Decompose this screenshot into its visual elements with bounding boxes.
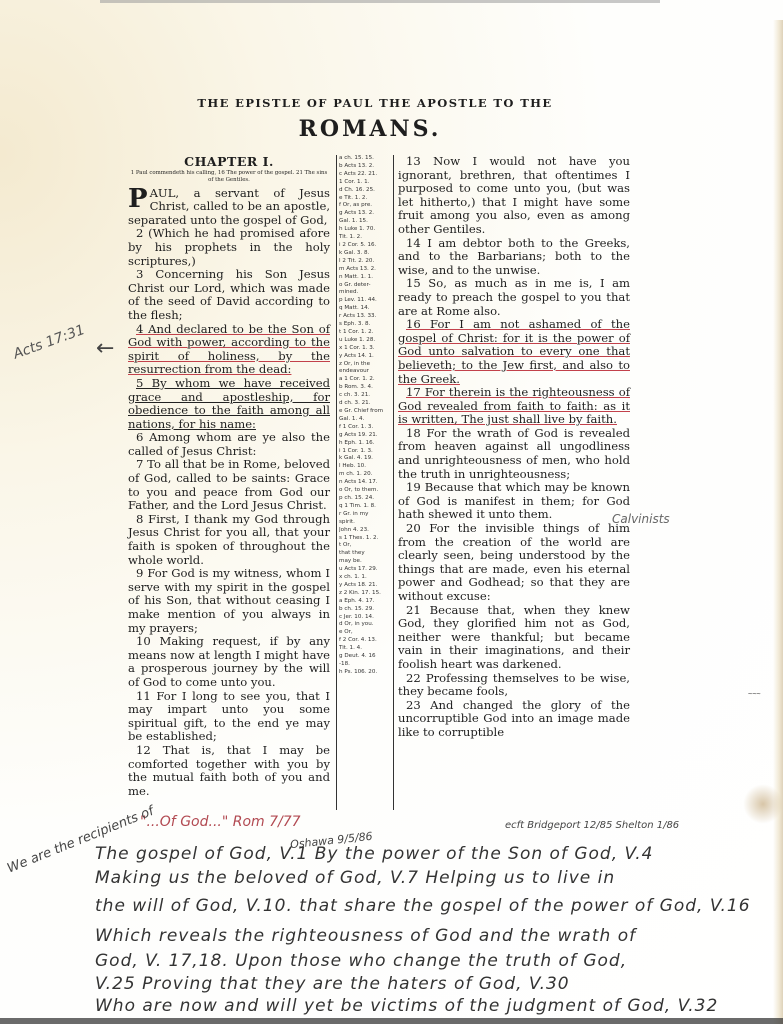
cross-reference: endeavour: [339, 368, 391, 376]
cross-reference: i 1 Cor. 1. 3.: [339, 448, 391, 456]
margin-mark: ~~~: [748, 690, 761, 698]
paper-stain: [743, 784, 783, 824]
verse-6: 6 Among whom are ye also the called of J…: [128, 431, 330, 458]
cross-reference: g Acts 13. 2.: [339, 210, 391, 218]
cross-reference: t Or,: [339, 542, 391, 550]
cross-reference: Tit. 1. 4.: [339, 645, 391, 653]
cross-reference: g Deut. 4. 16: [339, 653, 391, 661]
cross-reference: f 2 Cor. 4. 13.: [339, 637, 391, 645]
chapter-summary: 1 Paul commendeth his calling, 16 The po…: [128, 170, 330, 184]
cross-reference: 1 Cor. 1. 1.: [339, 179, 391, 187]
cross-reference: b ch. 15. 29.: [339, 606, 391, 614]
column-rule-left: [336, 155, 337, 810]
verse-16: 16 For I am not ashamed of the gospel of…: [398, 318, 630, 386]
cross-reference: e Tit. 1. 2.: [339, 195, 391, 203]
handwritten-line-2: Making us the beloved of God, V.7 Helpin…: [95, 868, 615, 888]
cross-reference: f Or, as pre.: [339, 202, 391, 210]
cross-reference: k Gal. 4. 19.: [339, 455, 391, 463]
cross-reference: q Matt. 14.: [339, 305, 391, 313]
cross-reference: c ch. 3. 21.: [339, 392, 391, 400]
cross-reference: Gal. 1. 15.: [339, 218, 391, 226]
cross-reference: z Or, in the: [339, 361, 391, 369]
verse-10: 10 Making request, if by any means now a…: [128, 635, 330, 689]
left-column: CHAPTER I. 1 Paul commendeth his calling…: [128, 155, 330, 798]
book-title: ROMANS.: [270, 116, 470, 142]
verse-2: 2 (Which he had promised afore by his pr…: [128, 227, 330, 268]
column-rule-right: [393, 155, 394, 810]
cross-reference: y Acts 14. 1.: [339, 353, 391, 361]
cross-reference: m ch. 1. 20.: [339, 471, 391, 479]
handwritten-line-3: the will of God, V.10. that share the go…: [95, 896, 751, 916]
verse-15: 15 So, as much as in me is, I am ready t…: [398, 277, 630, 318]
drop-cap: P: [128, 189, 148, 209]
handwritten-line-5: God, V. 17,18. Upon those who change the…: [95, 951, 627, 971]
cross-reference: o Or, to them.: [339, 487, 391, 495]
cross-reference: c Jer. 10. 14.: [339, 614, 391, 622]
verse-8: 8 First, I thank my God through Jesus Ch…: [128, 513, 330, 567]
cross-reference: r Acts 13. 33.: [339, 313, 391, 321]
verse-21: 21 Because that, when they knew God, the…: [398, 604, 630, 672]
cross-reference: -18.: [339, 661, 391, 669]
cross-reference-column: a ch. 15. 15.b Acts 13. 2.c Acts 22. 21.…: [339, 155, 391, 677]
verse-18: 18 For the wrath of God is revealed from…: [398, 427, 630, 481]
verse-14: 14 I am debtor both to the Greeks, and t…: [398, 237, 630, 278]
cross-reference: Gal. 1. 4.: [339, 416, 391, 424]
cross-reference: b Acts 13. 2.: [339, 163, 391, 171]
page-bottom-edge: [0, 1018, 783, 1024]
cross-reference: m Acts 13. 2.: [339, 266, 391, 274]
cross-reference: i 2 Cor. 5. 16.: [339, 242, 391, 250]
verse-4: 4 And declared to be the Son of God with…: [128, 323, 330, 377]
cross-reference: q 1 Tim. 1. 8.: [339, 503, 391, 511]
cross-reference: Tit. 1. 2.: [339, 234, 391, 242]
handwritten-line-6: V.25 Proving that they are the haters of…: [95, 974, 570, 994]
cross-reference: spirit.: [339, 519, 391, 527]
handwritten-red-quote: "...Of God..." Rom 7/77: [140, 814, 301, 830]
cross-reference: f 1 Cor. 1. 3.: [339, 424, 391, 432]
cross-reference: x 1 Cor. 1. 3.: [339, 345, 391, 353]
verse-11: 11 For I long to see you, that I may imp…: [128, 690, 330, 744]
handwritten-line-4: Which reveals the righteousness of God a…: [95, 926, 636, 946]
handwritten-line-7: Who are now and will yet be victims of t…: [95, 996, 718, 1016]
cross-reference: k Gal. 3. 8.: [339, 250, 391, 258]
verse-20: 20 For the invisible things of him from …: [398, 522, 630, 604]
handwritten-acts-reference: Acts 17:31: [11, 322, 87, 363]
cross-reference: e Gr. Chief from: [339, 408, 391, 416]
cross-reference: may be.: [339, 558, 391, 566]
cross-reference: s 1 Thes. 1. 2.: [339, 535, 391, 543]
verse-22: 22 Professing themselves to be wise, the…: [398, 672, 630, 699]
cross-reference: o Gr. deter-: [339, 282, 391, 290]
cross-reference: b Rom. 3. 4.: [339, 384, 391, 392]
page-right-edge: [773, 20, 783, 1024]
arrow-left-icon: ←: [96, 336, 114, 361]
cross-reference: r Gr. in my: [339, 511, 391, 519]
verse-7: 7 To all that be in Rome, beloved of God…: [128, 458, 330, 512]
cross-reference: z 2 Kin. 17. 15.: [339, 590, 391, 598]
cross-reference: t 1 Cor. 1. 2.: [339, 329, 391, 337]
verse-9: 9 For God is my witness, whom I serve wi…: [128, 567, 330, 635]
cross-reference: d Or, in you.: [339, 621, 391, 629]
cross-reference: c Acts 22. 21.: [339, 171, 391, 179]
verse-12: 12 That is, that I may be comforted toge…: [128, 744, 330, 798]
handwritten-recipients-note: We are the recipients of: [5, 804, 156, 877]
cross-reference: John 4. 23.: [339, 527, 391, 535]
cross-reference: p ch. 15. 24.: [339, 495, 391, 503]
cross-reference: a Eph. 4. 17.: [339, 598, 391, 606]
verse-17: 17 For therein is the righteousness of G…: [398, 386, 630, 427]
epistle-title: THE EPISTLE OF PAUL THE APOSTLE TO THE: [165, 96, 585, 110]
cross-reference: mined.: [339, 289, 391, 297]
handwritten-dates: ecft Bridgeport 12/85 Shelton 1/86: [505, 820, 679, 831]
cross-reference: n Matt. 1. 1.: [339, 274, 391, 282]
cross-reference: s Eph. 3. 8.: [339, 321, 391, 329]
cross-reference: h Luke 1. 70.: [339, 226, 391, 234]
cross-reference: u Luke 1. 28.: [339, 337, 391, 345]
verse-23: 23 And changed the glory of the uncorrup…: [398, 699, 630, 740]
verse-1: PAUL, a servant of Jesus Christ, called …: [128, 187, 330, 228]
handwritten-line-1: The gospel of God, V.1 By the power of t…: [95, 844, 653, 864]
cross-reference: u Acts 17. 29.: [339, 566, 391, 574]
page-top-edge: [100, 0, 660, 3]
cross-reference: p Lev. 11. 44.: [339, 297, 391, 305]
cross-reference: a 1 Cor. 1. 2.: [339, 376, 391, 384]
cross-reference: h Eph. 1. 16.: [339, 440, 391, 448]
cross-reference: a ch. 15. 15.: [339, 155, 391, 163]
right-column: 13 Now I would not have you ignorant, br…: [398, 155, 630, 740]
handwritten-calvinists-note: Calvinists: [612, 512, 670, 526]
verse-19: 19 Because that which may be known of Go…: [398, 481, 630, 522]
cross-reference: l Heb. 10.: [339, 463, 391, 471]
cross-reference: l 2 Tit. 2. 20.: [339, 258, 391, 266]
verse-13: 13 Now I would not have you ignorant, br…: [398, 155, 630, 237]
verse-5: 5 By whom we have received grace and apo…: [128, 377, 330, 431]
cross-reference: that they: [339, 550, 391, 558]
cross-reference: y Acts 18. 21.: [339, 582, 391, 590]
cross-reference: n Acts 14. 17.: [339, 479, 391, 487]
cross-reference: h Ps. 106. 20.: [339, 669, 391, 677]
chapter-heading: CHAPTER I.: [128, 155, 330, 169]
cross-reference: g Acts 19. 21.: [339, 432, 391, 440]
cross-reference: d ch. 3. 21.: [339, 400, 391, 408]
cross-reference: e Or,: [339, 629, 391, 637]
verse-3: 3 Concerning his Son Jesus Christ our Lo…: [128, 268, 330, 322]
cross-reference: x ch. 1. 1.: [339, 574, 391, 582]
cross-reference: d Ch. 16. 25.: [339, 187, 391, 195]
